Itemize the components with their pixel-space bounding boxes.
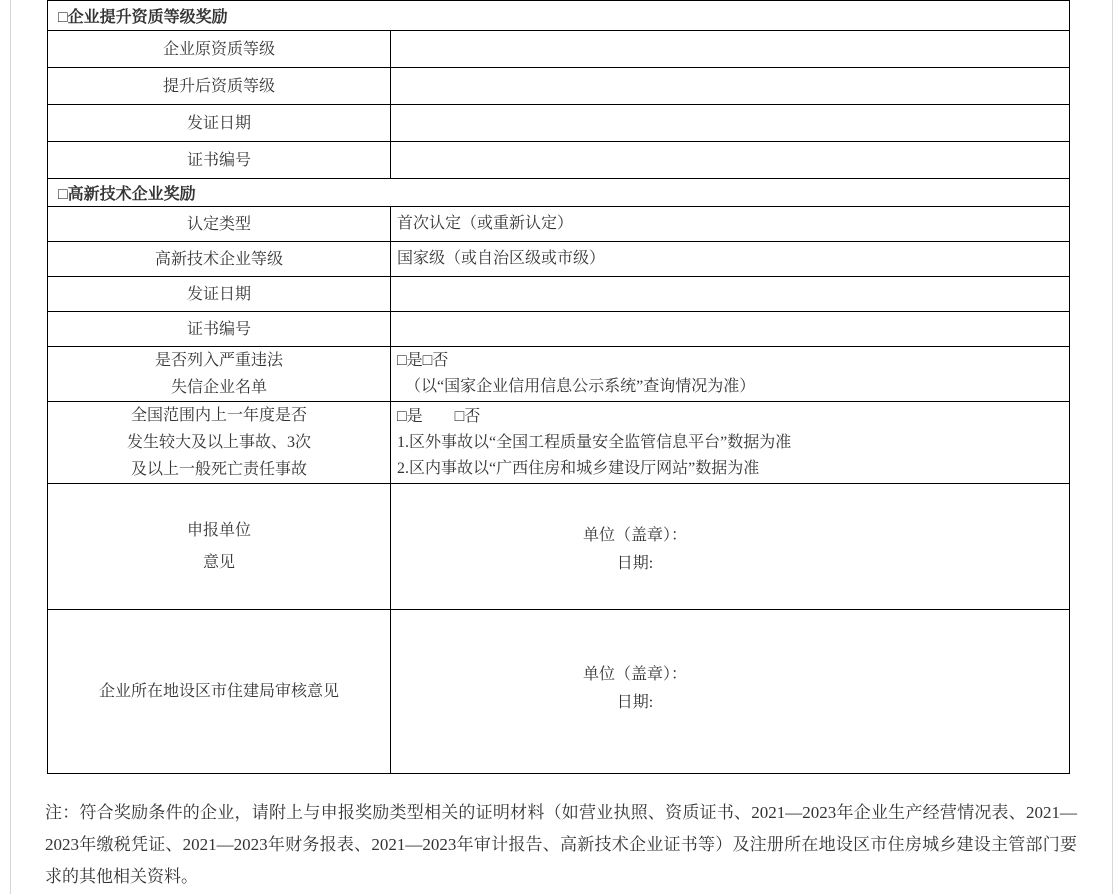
accident-note-inside: 2.区内事故以“广西住房和城乡建设厅网站”数据为准 [397, 456, 1069, 482]
label-line: 是否列入严重违法 [48, 347, 390, 374]
row-label: 企业原资质等级 [48, 31, 391, 68]
row-value-empty [391, 142, 1070, 179]
row-accident-record: 全国范围内上一年度是否 发生较大及以上事故、3次 及以上一般死亡责任事故 □是 … [48, 402, 1070, 484]
unit-stamp-line: 单位（盖章）： [391, 522, 879, 550]
section2-header: □高新技术企业奖励 [48, 179, 1070, 207]
label-line: 申报单位 [48, 515, 390, 547]
row-certificate-issue-date-1: 发证日期 [48, 105, 1070, 142]
row-value-empty [391, 68, 1070, 105]
row-value: 首次认定（或重新认定） [391, 207, 1070, 242]
accident-note-outside: 1.区外事故以“全国工程质量安全监管信息平台”数据为准 [397, 430, 1069, 456]
label-line: 意见 [48, 547, 390, 579]
section1-header-row: □企业提升资质等级奖励 [48, 1, 1070, 31]
unit-stamp-line: 单位（盖章）： [391, 661, 879, 689]
row-dishonesty-list: 是否列入严重违法 失信企业名单 □是□否 （以“国家企业信用信息公示系统”查询情… [48, 347, 1070, 402]
yes-no-checkboxes: □是 □否 [397, 404, 1069, 430]
row-certificate-number-1: 证书编号 [48, 142, 1070, 179]
row-label: 发证日期 [48, 277, 391, 312]
footnote: 注：符合奖励条件的企业，请附上与申报奖励类型相关的证明材料（如营业执照、资质证书… [45, 797, 1077, 893]
row-label: 证书编号 [48, 142, 391, 179]
row-label: 全国范围内上一年度是否 发生较大及以上事故、3次 及以上一般死亡责任事故 [48, 402, 391, 484]
row-label: 申报单位 意见 [48, 484, 391, 610]
row-value: □是□否 （以“国家企业信用信息公示系统”查询情况为准） [391, 347, 1070, 402]
row-value-empty [391, 105, 1070, 142]
award-application-form-table: □企业提升资质等级奖励 企业原资质等级 提升后资质等级 发证日期 证书编号 □高… [47, 0, 1070, 774]
label-line: 失信企业名单 [48, 374, 390, 401]
label-line: 发生较大及以上事故、3次 [48, 429, 390, 456]
row-label: 高新技术企业等级 [48, 242, 391, 277]
label-line: 全国范围内上一年度是否 [48, 402, 390, 429]
label-line: 及以上一般死亡责任事故 [48, 456, 390, 483]
review-opinion-cell: 单位（盖章）： 日期: [391, 610, 1070, 774]
row-upgraded-qualification-level: 提升后资质等级 [48, 68, 1070, 105]
row-label: 证书编号 [48, 312, 391, 347]
row-hightech-enterprise-level: 高新技术企业等级 国家级（或自治区级或市级） [48, 242, 1070, 277]
row-label: 发证日期 [48, 105, 391, 142]
dishonesty-note: （以“国家企业信用信息公示系统”查询情况为准） [397, 374, 1069, 400]
row-value-empty [391, 277, 1070, 312]
row-review-opinion: 企业所在地设区市住建局审核意见 单位（盖章）： 日期: [48, 610, 1070, 774]
date-line: 日期: [391, 550, 879, 578]
row-label: 认定类型 [48, 207, 391, 242]
row-label: 企业所在地设区市住建局审核意见 [48, 610, 391, 774]
row-original-qualification-level: 企业原资质等级 [48, 31, 1070, 68]
yes-no-checkboxes: □是□否 [397, 348, 1069, 374]
section1-header: □企业提升资质等级奖励 [48, 1, 1070, 31]
applicant-opinion-cell: 单位（盖章）： 日期: [391, 484, 1070, 610]
row-certificate-issue-date-2: 发证日期 [48, 277, 1070, 312]
date-line: 日期: [391, 689, 879, 717]
row-value: 国家级（或自治区级或市级） [391, 242, 1070, 277]
row-value-empty [391, 312, 1070, 347]
row-applicant-opinion: 申报单位 意见 单位（盖章）： 日期: [48, 484, 1070, 610]
row-value-empty [391, 31, 1070, 68]
row-certificate-number-2: 证书编号 [48, 312, 1070, 347]
row-value: □是 □否 1.区外事故以“全国工程质量安全监管信息平台”数据为准 2.区内事故… [391, 402, 1070, 484]
row-label: 提升后资质等级 [48, 68, 391, 105]
row-recognition-type: 认定类型 首次认定（或重新认定） [48, 207, 1070, 242]
section2-header-row: □高新技术企业奖励 [48, 179, 1070, 207]
row-label: 是否列入严重违法 失信企业名单 [48, 347, 391, 402]
